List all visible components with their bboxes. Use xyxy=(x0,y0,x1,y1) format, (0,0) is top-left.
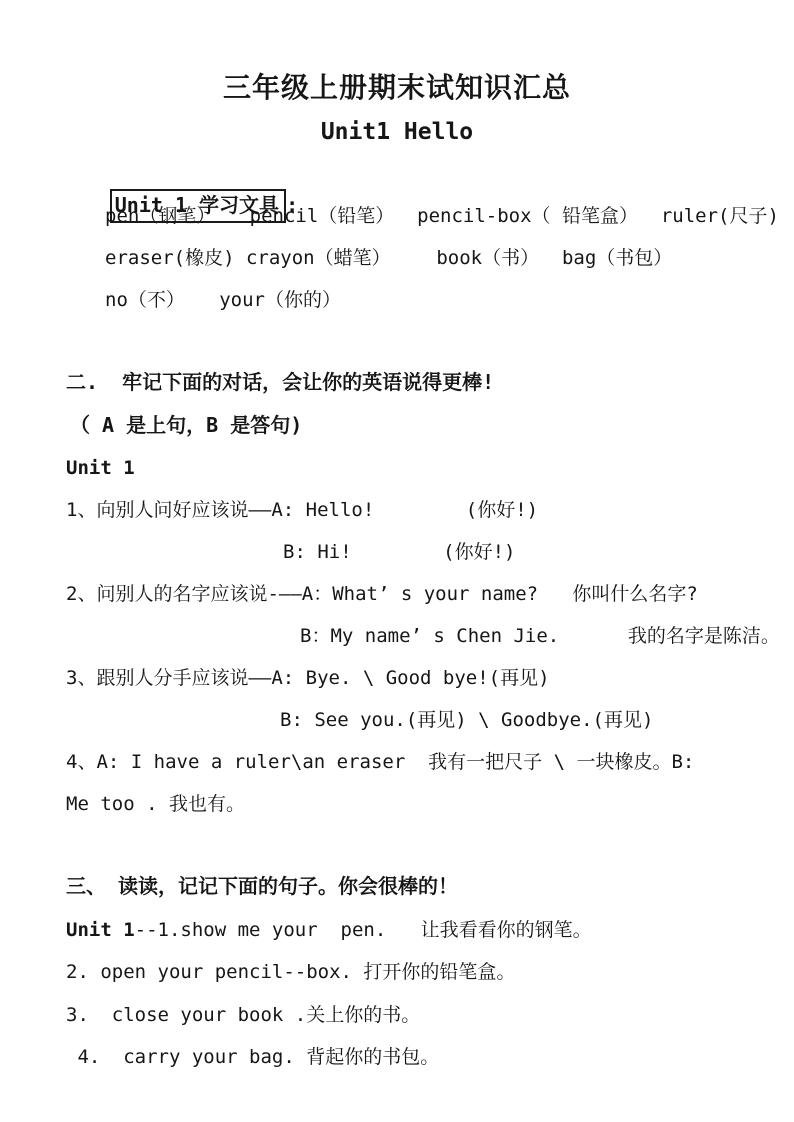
section-two-note: （ A 是上句，B 是答句) xyxy=(70,412,302,439)
sentence-unit-prefix: Unit 1 xyxy=(66,919,135,941)
dialog-line: B：My name’ s Chen Jie. 我的名字是陈洁。 xyxy=(300,623,780,650)
document-page: 三年级上册期末试知识汇总 Unit1 Hello Unit 1 学习文具: pe… xyxy=(0,0,794,1122)
section-two-heading: 二. 牢记下面的对话，会让你的英语说得更棒! xyxy=(66,369,494,396)
vocab-line: pen（钢笔） pencil（铅笔） pencil-box（ 铅笔盒） rule… xyxy=(105,203,779,230)
section-three-heading: 三、 读读，记记下面的句子。你会很棒的！ xyxy=(66,873,458,900)
sentence-first-rest: --1.show me your pen. 让我看看你的钢笔。 xyxy=(135,919,592,941)
sentence-line: Unit 1--1.show me your pen. 让我看看你的钢笔。 xyxy=(66,917,592,944)
sentence-line: 3. close your book .关上你的书。 xyxy=(66,1002,420,1029)
document-title: 三年级上册期末试知识汇总 xyxy=(0,66,794,106)
unit-label: Unit 1 xyxy=(66,455,135,482)
dialog-line: B: See you.(再见) \ Goodbye.(再见) xyxy=(280,707,653,734)
dialog-line: Me too . 我也有。 xyxy=(66,791,245,818)
dialog-line: B: Hi! (你好!) xyxy=(283,539,515,566)
vocab-line: no（不） your（你的） xyxy=(105,287,341,314)
dialog-line: 1、向别人问好应该说——A: Hello! (你好!) xyxy=(66,497,538,524)
vocab-line: eraser(橡皮) crayon（蜡笔） book（书） bag（书包） xyxy=(105,245,672,272)
dialog-line: 3、跟别人分手应该说——A: Bye. \ Good bye!(再见) xyxy=(66,665,550,692)
dialog-line: 4、A: I have a ruler\an eraser 我有一把尺子 \ 一… xyxy=(66,749,694,776)
sentence-line: 2. open your pencil--box. 打开你的铅笔盒。 xyxy=(66,959,515,986)
unit-subtitle: Unit1 Hello xyxy=(0,119,794,145)
sentence-line: 4. carry your bag. 背起你的书包。 xyxy=(66,1044,439,1071)
dialog-line: 2、问别人的名字应该说-——A：What’ s your name? 你叫什么名… xyxy=(66,581,698,608)
